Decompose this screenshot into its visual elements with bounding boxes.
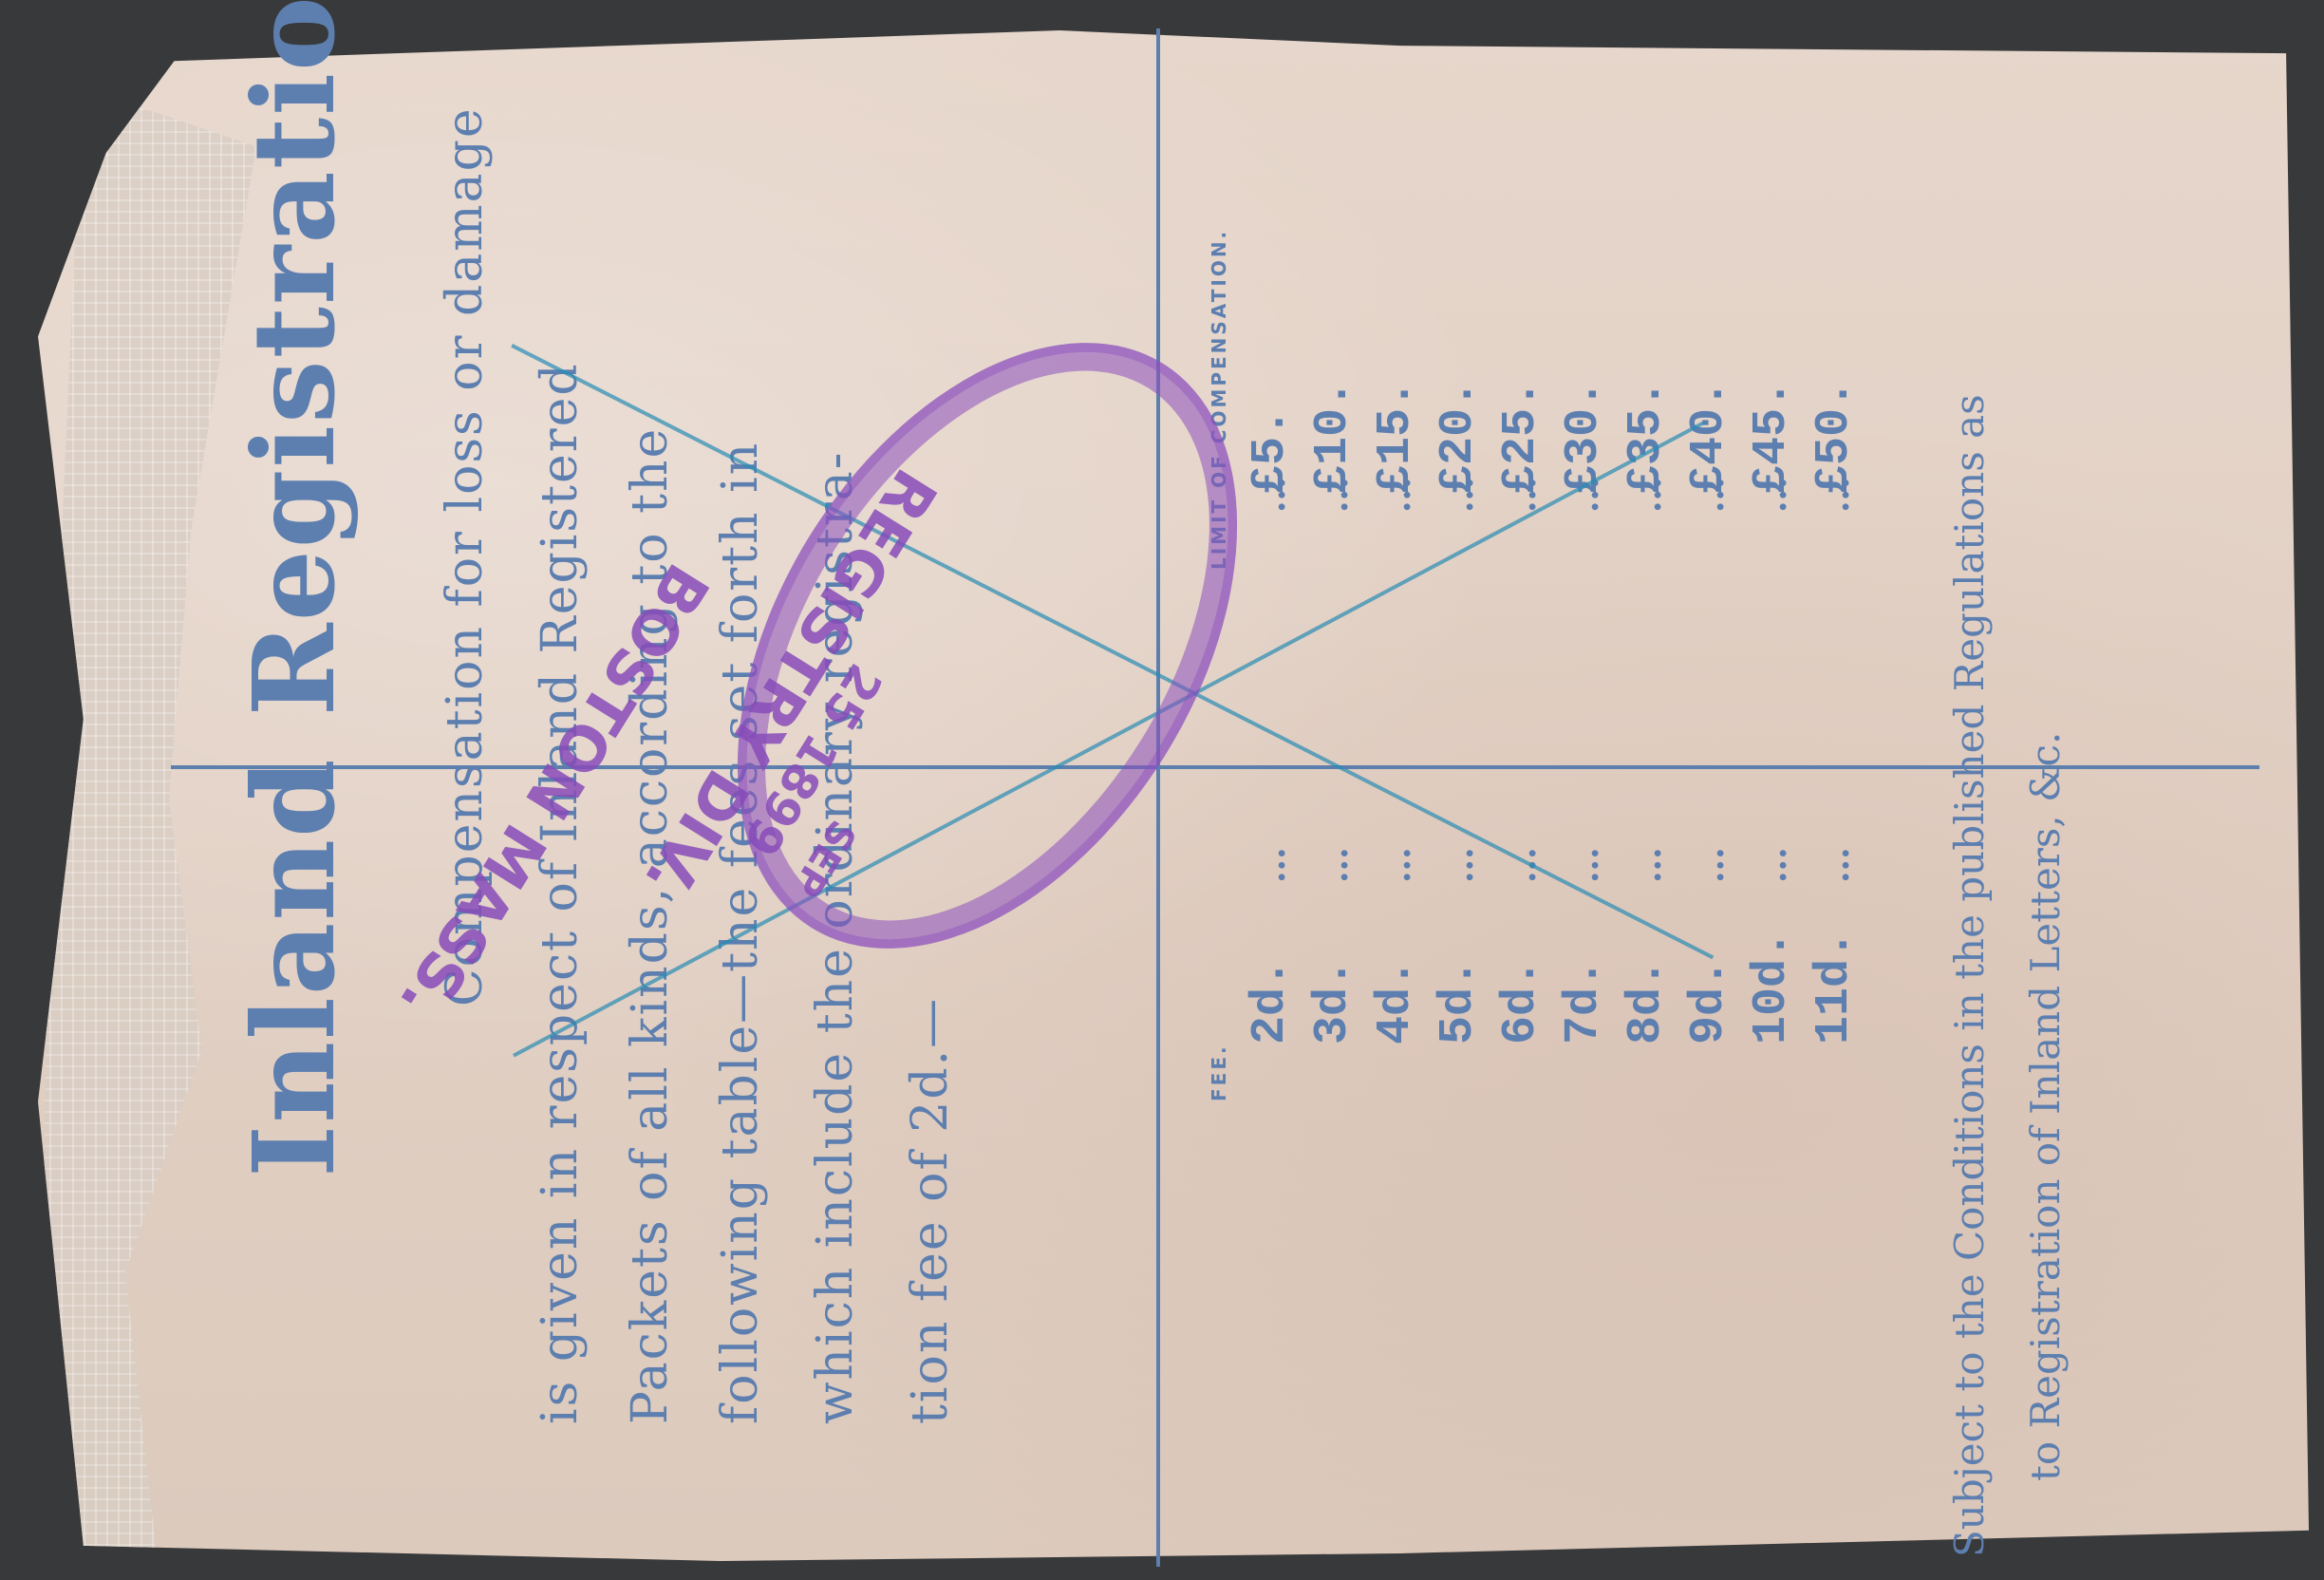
limit-cell: £10. [1306, 380, 1360, 494]
limit-cell: £5. [1244, 408, 1298, 494]
title-heading: Inland Registration [228, 0, 360, 1177]
dots-separator: ... [1253, 847, 1293, 883]
footer-line-2: to Registration of Inland Letters, &c. [2022, 732, 2069, 1481]
limit-cell: £35. [1620, 380, 1674, 494]
fee-cell: 9d. [1682, 959, 1736, 1044]
limit-cell: £45. [1745, 380, 1799, 494]
fee-cell: 2d. [1244, 959, 1298, 1044]
fee-header: FEE. [1208, 1044, 1230, 1101]
body-line-2: is given in respect of Inland Registered [532, 362, 589, 1424]
fee-cell: 7d. [1557, 959, 1611, 1044]
dots-separator: ... [1692, 847, 1732, 883]
limit-cell: £15. [1369, 380, 1423, 494]
fee-cell: 6d. [1494, 959, 1548, 1044]
fee-cell: 3d. [1306, 959, 1360, 1044]
dots-separator: ... [1441, 847, 1481, 883]
limit-cell: £50. [1808, 380, 1862, 494]
body-line-6: tion fee of 2d.— [902, 997, 959, 1424]
fee-cell: 8d. [1620, 959, 1674, 1044]
limit-cell: £20. [1432, 380, 1486, 494]
fee-cell: 10d. [1745, 931, 1799, 1044]
limit-cell: £40. [1682, 380, 1736, 494]
fee-cell: 5d. [1432, 959, 1486, 1044]
limit-cell: £25. [1494, 380, 1548, 494]
dots-separator: ... [1566, 847, 1606, 883]
dots-separator: ... [1817, 847, 1857, 883]
torn-edge [38, 87, 256, 1569]
dots-separator: ... [1378, 847, 1418, 883]
footer-line-1: Subject to the Conditions in the publish… [1946, 394, 1993, 1557]
dots-separator: ... [1316, 847, 1356, 883]
vertical-rule [1156, 28, 1160, 1567]
dots-separator: ... [1754, 847, 1794, 883]
fee-cell: 4d. [1369, 959, 1423, 1044]
dots-separator: ... [1629, 847, 1669, 883]
fee-cell: 11d. [1808, 931, 1862, 1044]
